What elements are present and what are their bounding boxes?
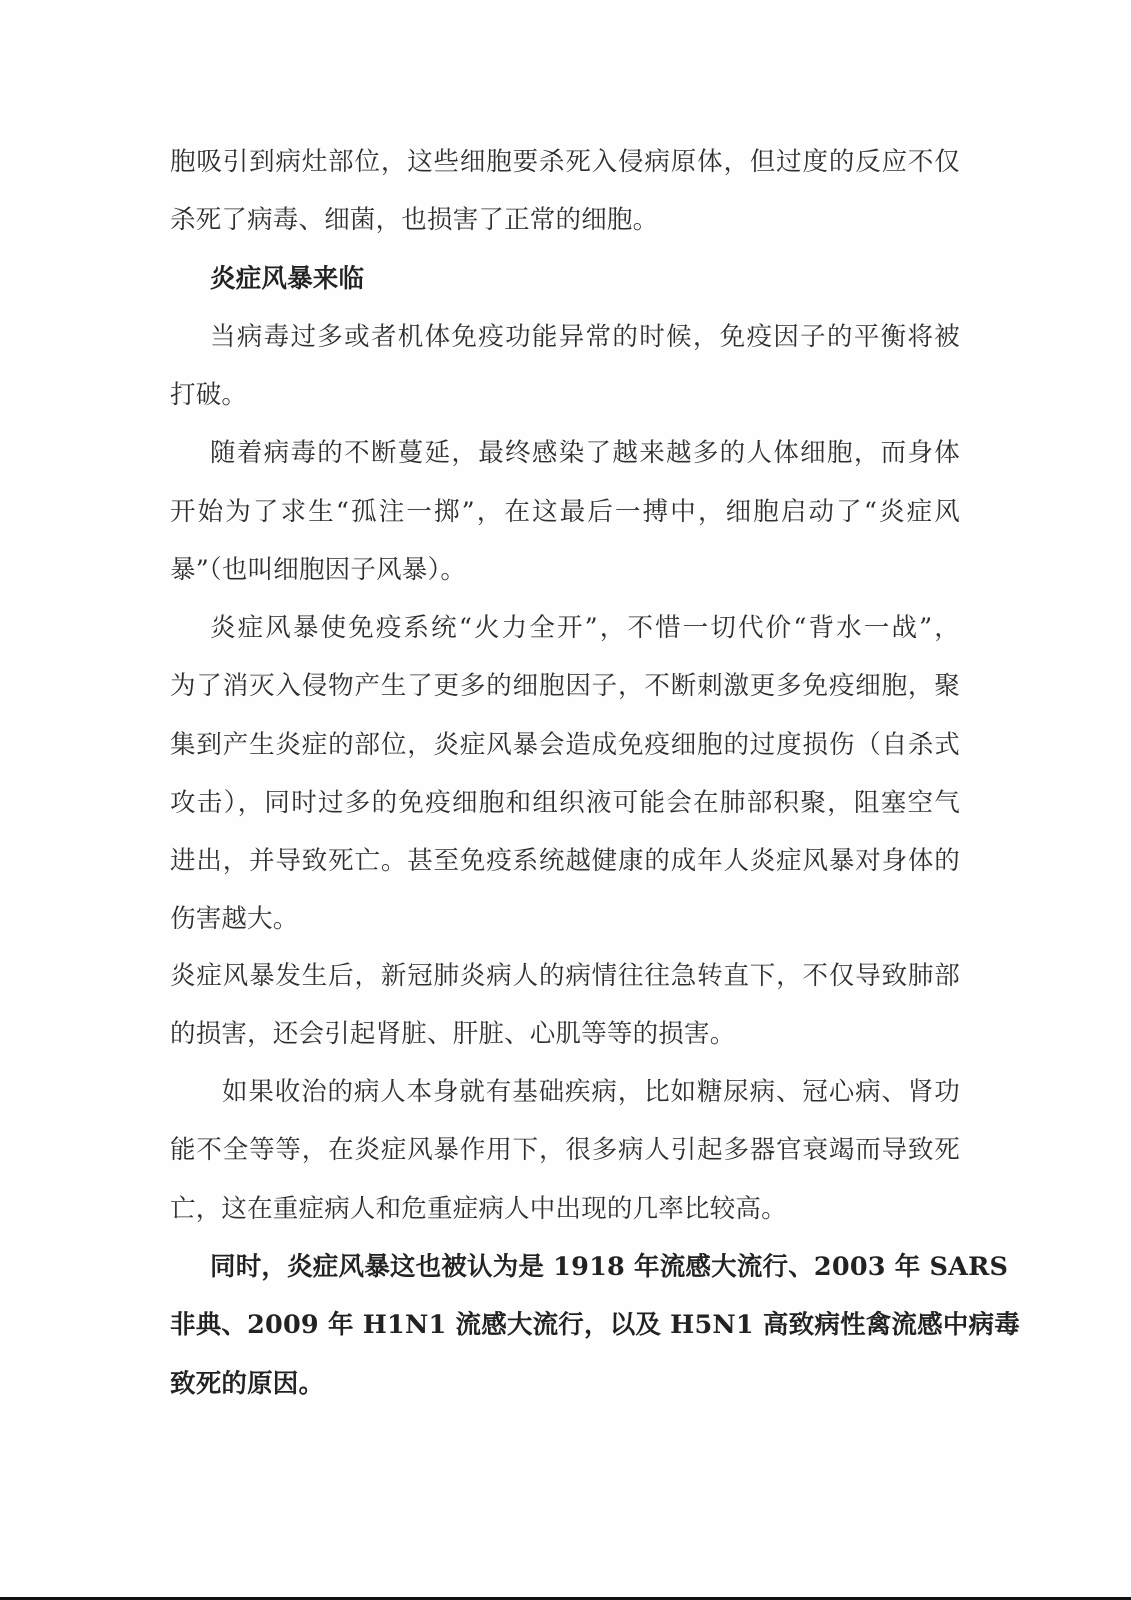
text-line: 同时，炎症风暴这也被认为是 1918 年流感大流行、2003 年 SARS bbox=[210, 1250, 960, 1284]
section-heading: 炎症风暴来临 bbox=[210, 262, 960, 296]
text-line: 亡，这在重症病人和危重症病人中出现的几率比较高。 bbox=[170, 1192, 960, 1226]
text-line: 非典、2009 年 H1N1 流感大流行，以及 H5N1 高致病性禽流感中病毒 bbox=[170, 1308, 960, 1342]
text-line: 当病毒过多或者机体免疫功能异常的时候，免疫因子的平衡将被 bbox=[210, 320, 960, 354]
text-line: 暴”（也叫细胞因子风暴）。 bbox=[170, 553, 960, 587]
text-line: 的损害，还会引起肾脏、肝脏、心肌等等的损害。 bbox=[170, 1017, 960, 1051]
text-line: 攻击），同时过多的免疫细胞和组织液可能会在肺部积聚，阻塞空气 bbox=[170, 786, 960, 820]
text-line: 能不全等等，在炎症风暴作用下，很多病人引起多器官衰竭而导致死 bbox=[170, 1133, 960, 1167]
text-line: 开始为了求生“孤注一掷”，在这最后一搏中，细胞启动了“炎症风 bbox=[170, 495, 960, 529]
text-line: 杀死了病毒、细菌，也损害了正常的细胞。 bbox=[170, 203, 960, 237]
text-line: 集到产生炎症的部位，炎症风暴会造成免疫细胞的过度损伤（自杀式 bbox=[170, 728, 960, 762]
text-line: 炎症风暴发生后，新冠肺炎病人的病情往往急转直下，不仅导致肺部 bbox=[170, 959, 960, 993]
text-line: 打破。 bbox=[170, 378, 960, 412]
document-page: 胞吸引到病灶部位，这些细胞要杀死入侵病原体，但过度的反应不仅杀死了病毒、细菌，也… bbox=[0, 0, 1131, 1600]
text-line: 进出，并导致死亡。甚至免疫系统越健康的成年人炎症风暴对身体的 bbox=[170, 844, 960, 878]
text-line: 炎症风暴使免疫系统“火力全开”，不惜一切代价“背水一战”， bbox=[210, 611, 960, 645]
text-line: 如果收治的病人本身就有基础疾病，比如糖尿病、冠心病、肾功 bbox=[222, 1075, 960, 1109]
text-line: 伤害越大。 bbox=[170, 902, 960, 936]
text-line: 随着病毒的不断蔓延，最终感染了越来越多的人体细胞，而身体 bbox=[210, 436, 960, 470]
text-line: 为了消灭入侵物产生了更多的细胞因子，不断刺激更多免疫细胞，聚 bbox=[170, 669, 960, 703]
text-line: 致死的原因。 bbox=[170, 1367, 960, 1401]
text-line: 胞吸引到病灶部位，这些细胞要杀死入侵病原体，但过度的反应不仅 bbox=[170, 145, 960, 179]
